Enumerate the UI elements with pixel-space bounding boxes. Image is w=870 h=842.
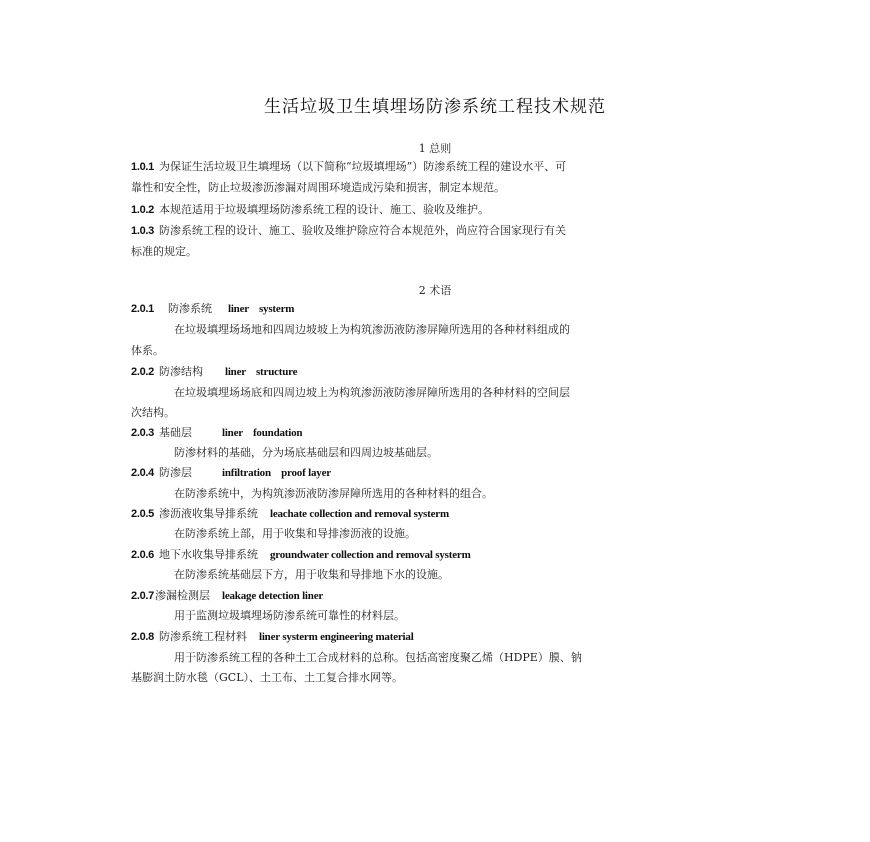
term-2-0-4-heading: 2.0.4防渗层infiltration proof layer — [131, 466, 746, 480]
clause-text: 本规范适用于垃圾填埋场防渗系统工程的设计、施工、验收及维护。 — [159, 203, 489, 216]
clause-1-0-3-line-1: 1.0.3防渗系统工程的设计、施工、验收及维护除应符合本规范外，尚应符合国家现行… — [131, 224, 746, 238]
term-english: liner systerm — [228, 303, 294, 315]
term-2-0-2-definition-line-2: 次结构。 — [131, 406, 746, 420]
term-chinese: 基础层 — [159, 426, 192, 439]
term-2-0-1-definition-line-2: 体系。 — [131, 344, 746, 358]
clause-number: 1.0.3 — [131, 225, 154, 237]
document-title: 生活垃圾卫生填埋场防渗系统工程技术规范 — [0, 92, 870, 117]
term-english: infiltration proof layer — [222, 467, 331, 479]
term-chinese: 渗漏检测层 — [155, 589, 210, 602]
clause-1-0-2: 1.0.2本规范适用于垃圾填埋场防渗系统工程的设计、施工、验收及维护。 — [131, 203, 746, 217]
term-number: 2.0.3 — [131, 427, 154, 439]
term-2-0-6-definition: 在防渗系统基础层下方，用于收集和导排地下水的设施。 — [174, 568, 789, 582]
term-2-0-7-definition: 用于监测垃圾填埋场防渗系统可靠性的材料层。 — [174, 609, 789, 623]
term-2-0-8-heading: 2.0.8防渗系统工程材料liner systerm engineering m… — [131, 630, 746, 644]
term-english: liner structure — [225, 366, 297, 378]
clause-number: 1.0.2 — [131, 204, 154, 216]
term-2-0-6-heading: 2.0.6地下水收集导排系统groundwater collection and… — [131, 548, 746, 562]
term-2-0-3-heading: 2.0.3基础层liner foundation — [131, 426, 746, 440]
term-english: groundwater collection and removal syste… — [270, 549, 471, 561]
clause-number: 1.0.1 — [131, 161, 154, 173]
clause-text: 防渗系统工程的设计、施工、验收及维护除应符合本规范外，尚应符合国家现行有关 — [159, 224, 566, 237]
term-2-0-8-definition-line-2: 基膨润土防水毯（GCL）、土工布、土工复合排水网等。 — [131, 671, 746, 685]
term-2-0-4-definition: 在防渗系统中，为构筑渗沥液防渗屏障所选用的各种材料的组合。 — [174, 487, 789, 501]
term-chinese: 地下水收集导排系统 — [159, 548, 258, 561]
term-number: 2.0.5 — [131, 508, 154, 520]
term-number: 2.0.6 — [131, 549, 154, 561]
term-chinese: 防渗层 — [159, 466, 192, 479]
clause-1-0-1-line-2: 靠性和安全性，防止垃圾渗沥渗漏对周围环境造成污染和损害，制定本规范。 — [131, 181, 746, 195]
term-2-0-5-definition: 在防渗系统上部，用于收集和导排渗沥液的设施。 — [174, 527, 789, 541]
term-number: 2.0.8 — [131, 631, 154, 643]
term-number: 2.0.4 — [131, 467, 154, 479]
term-chinese: 渗沥液收集导排系统 — [159, 507, 258, 520]
term-number: 2.0.7 — [131, 590, 154, 602]
document-page: 生活垃圾卫生填埋场防渗系统工程技术规范 1 总则 1.0.1为保证生活垃圾卫生填… — [0, 0, 870, 842]
term-2-0-8-definition-line-1: 用于防渗系统工程的各种土工合成材料的总称。包括高密度聚乙烯（HDPE）膜、钠 — [174, 651, 789, 665]
term-2-0-5-heading: 2.0.5渗沥液收集导排系统leachate collection and re… — [131, 507, 746, 521]
section-heading-terms: 2 术语 — [0, 282, 870, 298]
term-chinese: 防渗系统工程材料 — [159, 630, 247, 643]
term-number: 2.0.1 — [131, 303, 154, 315]
term-2-0-2-heading: 2.0.2防渗结构liner structure — [131, 365, 746, 379]
clause-text: 标准的规定。 — [131, 245, 197, 258]
term-2-0-1-definition-line-1: 在垃圾填埋场场地和四周边坡坡上为构筑渗沥液防渗屏障所选用的各种材料组成的 — [174, 323, 789, 337]
clause-1-0-3-line-2: 标准的规定。 — [131, 245, 746, 259]
term-number: 2.0.2 — [131, 366, 154, 378]
term-english: liner foundation — [222, 427, 302, 439]
clause-text: 为保证生活垃圾卫生填埋场（以下简称“垃圾填埋场”）防渗系统工程的建设水平、可 — [159, 160, 566, 173]
term-2-0-1-heading: 2.0.1防渗系统liner systerm — [131, 302, 746, 316]
section-heading-general: 1 总则 — [0, 140, 870, 156]
term-chinese: 防渗系统 — [168, 302, 212, 315]
clause-1-0-1-line-1: 1.0.1为保证生活垃圾卫生填埋场（以下简称“垃圾填埋场”）防渗系统工程的建设水… — [131, 160, 746, 174]
clause-text: 靠性和安全性，防止垃圾渗沥渗漏对周围环境造成污染和损害，制定本规范。 — [131, 181, 505, 194]
term-english: leachate collection and removal systerm — [270, 508, 449, 520]
term-english: leakage detection liner — [222, 590, 323, 602]
term-2-0-3-definition: 防渗材料的基础，分为场底基础层和四周边坡基础层。 — [174, 446, 789, 460]
term-chinese: 防渗结构 — [159, 365, 203, 378]
term-2-0-2-definition-line-1: 在垃圾填埋场场底和四周边坡上为构筑渗沥液防渗屏障所选用的各种材料的空间层 — [174, 386, 789, 400]
term-2-0-7-heading: 2.0.7渗漏检测层leakage detection liner — [131, 589, 746, 603]
term-english: liner systerm engineering material — [259, 631, 414, 643]
